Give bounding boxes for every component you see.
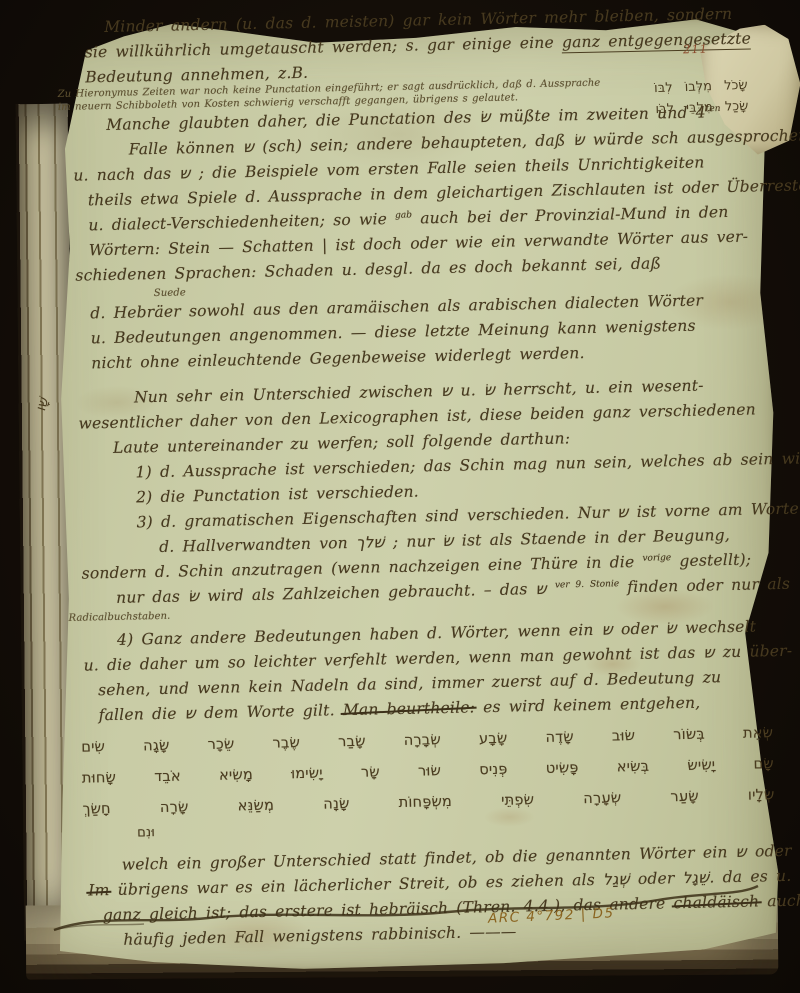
page-number: 211 [683,42,708,57]
text-segment: שְׂלָיו שָׂעַר שְׂעָרָה שִׂפְתֵּי מִשְׂפ… [82,787,774,817]
text-segment: Man beurtheile: [343,698,476,719]
text-segment: 2) die Punctation ist verschieden. [136,483,419,507]
text-segment: gestellt); [671,551,751,571]
text-segment: ver 9. Stonie [555,579,619,590]
text-segment: ganz entgegengesetzte [562,29,751,53]
text-segment: fallen die ש dem Worte gilt. [98,701,343,724]
text-segment: es wird keinem entgehen, [475,694,701,717]
text-segment: Suede [154,287,186,299]
scan-background: Minder andern (u. das d. meisten) gar ke… [0,0,800,993]
text-segment: auch (Ezech. 34.1 [759,889,800,910]
manuscript-lines: Minder andern (u. das d. meisten) gar ke… [56,1,783,954]
text-segment: u. dialect-Verschiedenheiten; so wie [88,210,395,234]
text-segment: finden oder nur als [619,575,790,597]
text-segment: gab [395,210,412,220]
hebrew-gloss: שָׂכֹל מִלְּבוֹ לִבּוֹ שָׂכַל מִלִּבֵּי … [567,75,748,123]
ink-flourish-rule [48,872,764,942]
text-segment: וּנִם [137,825,155,840]
text-segment: vorige [642,553,671,564]
text-segment: auch bei der Provinzial-Mund in den [412,203,729,228]
text-segment: Radicalbuchstaben. [69,611,171,624]
text-segment: nur das שׂ wird als Zahlzeichen gebrauch… [116,580,555,607]
